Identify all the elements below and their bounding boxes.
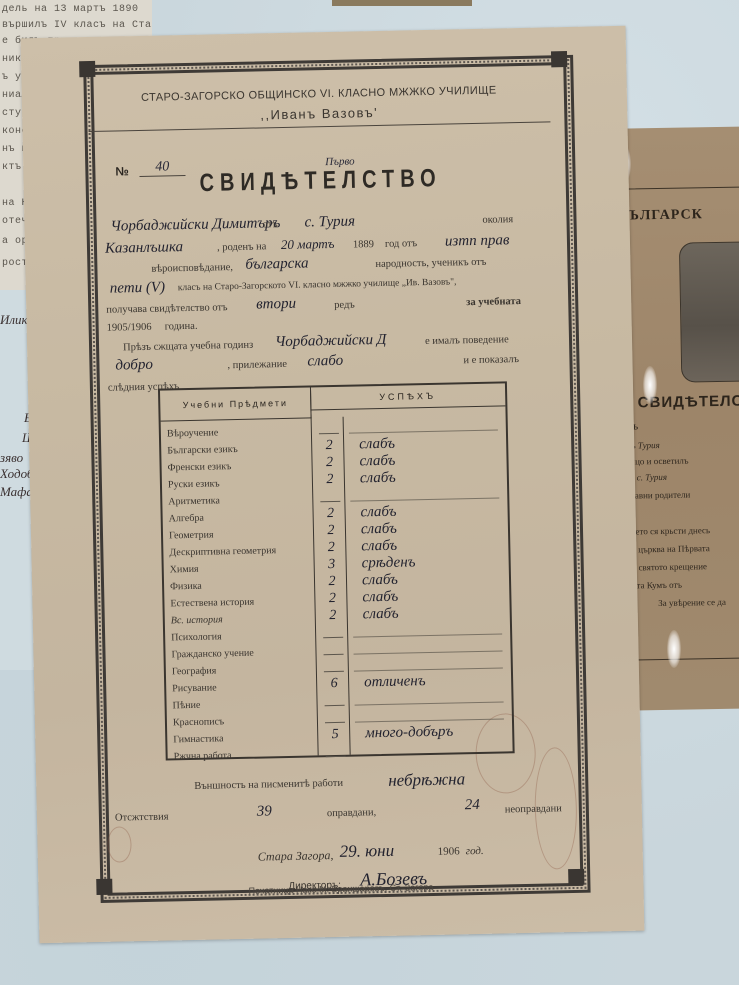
grade-dash xyxy=(319,433,339,434)
nationality-line: вѣроисповѣдание, българска народность, у… xyxy=(105,256,539,265)
grade: 2 xyxy=(321,540,341,556)
grade-word: слабъ xyxy=(361,521,397,539)
excused-absences: 39 xyxy=(257,803,272,820)
row-value: втори xyxy=(256,296,296,314)
note-line: Илик xyxy=(0,312,28,328)
grade-dash xyxy=(326,756,346,757)
subject: Дескриптивна геометрия xyxy=(169,545,276,558)
grade-word: срѣденъ xyxy=(361,554,415,572)
cert-line: славни родители xyxy=(626,489,690,500)
cert-line: За увѣрение се да xyxy=(658,597,726,608)
grade: 5 xyxy=(325,727,345,743)
column-header-subjects: Учебни Прѣдмети xyxy=(160,387,312,421)
subject: Аритметика xyxy=(168,495,220,507)
school-year: 1905/1906 xyxy=(107,322,152,334)
grade-word: слабъ xyxy=(361,538,397,556)
birth-year: 1889 xyxy=(353,239,374,250)
grade-word: слабъ xyxy=(359,453,395,471)
label: е ималъ поведение xyxy=(425,334,509,347)
subject: Руски езикъ xyxy=(168,478,220,490)
grade-word: слабъ xyxy=(362,572,398,590)
unexcused-absences: 24 xyxy=(465,797,480,814)
subject: Алгебра xyxy=(169,513,204,525)
student-name: Чорбаджийски Димитъръ xyxy=(110,215,280,236)
grade-dash xyxy=(325,705,345,706)
grade-dash xyxy=(324,654,344,655)
neatness-value: небрѣжна xyxy=(388,769,465,791)
label: , прилежание xyxy=(227,359,287,371)
cert-line: лицо и осветилъ xyxy=(626,456,689,467)
subject: Естествена история xyxy=(170,597,254,610)
empty-line xyxy=(355,701,504,705)
empty-line xyxy=(354,650,503,654)
diligence-value: слабо xyxy=(307,353,343,371)
conduct-value: добро xyxy=(115,357,153,375)
village: с. Турия xyxy=(304,213,355,231)
subject: Психология xyxy=(171,631,222,643)
cert-line: въ святото крещение xyxy=(628,561,708,572)
subject: Химия xyxy=(170,564,199,576)
background-document-edge xyxy=(332,0,472,6)
class: пети (V) xyxy=(110,279,166,297)
grade-word: слабъ xyxy=(363,606,399,624)
grade: 2 xyxy=(322,574,342,590)
note-line: зяво xyxy=(0,450,23,466)
label: вѣроисповѣдание, xyxy=(151,262,233,275)
subject: Ржчна работа xyxy=(174,750,232,762)
label: за учебната xyxy=(466,296,521,308)
subject: Рисувание xyxy=(172,682,217,694)
subject: Геометрия xyxy=(169,530,214,542)
grade: 3 xyxy=(322,557,342,573)
year: 1906 xyxy=(438,845,460,857)
absences-line: Отсжтствия 39 оправдани, 24 неоправдани xyxy=(117,803,551,812)
label: редъ xyxy=(334,299,355,310)
typed-line: вършилъ IV класъ на Старо- xyxy=(2,20,152,31)
grade: 2 xyxy=(321,523,341,539)
label: Прѣзъ сжщата учебна годинз xyxy=(123,340,253,354)
note-line: Ходоб xyxy=(0,466,33,482)
grade-dash xyxy=(325,722,345,723)
column-header-success: УСПѢХЪ xyxy=(310,383,505,410)
school-certificate: СТАРО-ЗАГОРСКО ОБЩИНСКО VI. КЛАСНО МЖЖКО… xyxy=(21,26,645,943)
place-date-line: Стара Загора, 29. юни 1906 год. xyxy=(118,843,552,852)
subject: География xyxy=(172,665,217,677)
school-year-line: 1905/1906 година. xyxy=(107,314,541,323)
cert-line: което ся крьсти днесь xyxy=(627,525,710,536)
label: оправдани, xyxy=(327,807,377,819)
empty-line xyxy=(350,498,499,502)
empty-line xyxy=(354,667,503,671)
label: отъ xyxy=(262,219,277,230)
label: околия xyxy=(482,214,513,226)
border-corner xyxy=(551,51,567,67)
grade: 2 xyxy=(320,506,340,522)
grade-dash xyxy=(320,501,340,502)
grade: 2 xyxy=(319,438,339,454)
grade: 2 xyxy=(319,455,339,471)
empty-line xyxy=(353,633,502,637)
empty-line xyxy=(349,430,498,434)
subject: Български езикъ xyxy=(167,444,238,456)
region: Казанлъшка xyxy=(105,239,183,258)
label: класъ на Старо-Загорското VI. класно мжж… xyxy=(178,277,457,293)
subject: Краснописъ xyxy=(173,716,224,728)
label: Външность на писменитѣ работи xyxy=(194,778,343,792)
grade: 6 xyxy=(324,676,344,692)
conduct-line: Прѣзъ сжщата учебна годинз Чорбаджийски … xyxy=(107,334,541,343)
grade: 2 xyxy=(322,591,342,607)
label: неоправдани xyxy=(505,803,562,815)
grade-word: слабъ xyxy=(360,470,396,488)
received-line: получава свидѣтелство отъ втори редъ за … xyxy=(106,296,540,305)
school-header: СТАРО-ЗАГОРСКО ОБЩИНСКО VI. КЛАСНО МЖЖКО… xyxy=(94,83,544,104)
note-line: Мафа xyxy=(0,484,33,500)
conduct-name: Чорбаджийски Д xyxy=(275,332,387,351)
date: 29. юни xyxy=(339,841,394,862)
subject: Гимнастика xyxy=(173,733,223,745)
subject: Гражданско учение xyxy=(171,648,253,661)
label: Отсжтствия xyxy=(115,812,169,824)
subject: Вс. история xyxy=(171,614,223,626)
student-line: Чорбаджийски Димитъръ отъ с. Турия околи… xyxy=(104,214,538,223)
label: получава свидѣтелство отъ xyxy=(106,302,227,316)
light-glare xyxy=(667,630,681,668)
light-glare xyxy=(643,366,657,404)
typed-line: дель на 13 мартъ 1890 xyxy=(2,4,139,15)
grade: 2 xyxy=(320,472,340,488)
diligence-line: добро , прилежание слабо и е показалъ xyxy=(107,354,541,363)
class-line: пети (V) класъ на Старо-Загорското VI. к… xyxy=(106,276,540,285)
grade-dash xyxy=(324,671,344,672)
grade-word: слабъ xyxy=(359,436,395,454)
grade-word: слабъ xyxy=(362,589,398,607)
place: Стара Загора, xyxy=(258,848,334,865)
religion: изтп прав xyxy=(445,232,510,250)
grade-word: отличенъ xyxy=(364,673,426,691)
grade-word: слабъ xyxy=(360,504,396,522)
birth-date: 20 мартъ xyxy=(281,236,335,253)
grade: 2 xyxy=(323,608,343,624)
subject: Пѣние xyxy=(172,700,200,712)
certificate-content: СТАРО-ЗАГОРСКО ОБЩИНСКО VI. КЛАСНО МЖЖКО… xyxy=(93,65,560,872)
grade-word: много-добъръ xyxy=(365,724,453,743)
empty-line xyxy=(355,718,504,722)
subject: Физика xyxy=(170,581,202,593)
certificate-title: БЪЛГАРСК xyxy=(618,207,703,224)
label: год отъ xyxy=(385,238,417,250)
birth-line: Казанлъшка , роденъ на 20 мартъ 1889 год… xyxy=(105,236,539,245)
label: година. xyxy=(165,321,198,333)
cert-line: въ църква на Пѣрвата xyxy=(627,543,710,554)
label: и е показалъ xyxy=(463,354,519,366)
subject: Френски езикъ xyxy=(168,461,232,473)
label: народность, ученикъ отъ xyxy=(375,257,486,270)
grade-dash xyxy=(323,637,343,638)
engraving-image xyxy=(679,241,739,383)
neatness-line: Външность на писменитѣ работи небрѣжна xyxy=(116,774,550,783)
subject: Вѣроучение xyxy=(167,427,219,439)
label: , роденъ на xyxy=(217,241,267,253)
label: год. xyxy=(466,845,484,857)
nationality: българска xyxy=(245,255,308,273)
grades-table: Учебни Прѣдмети УСПѢХЪ Вѣроучение Българ… xyxy=(158,381,515,760)
